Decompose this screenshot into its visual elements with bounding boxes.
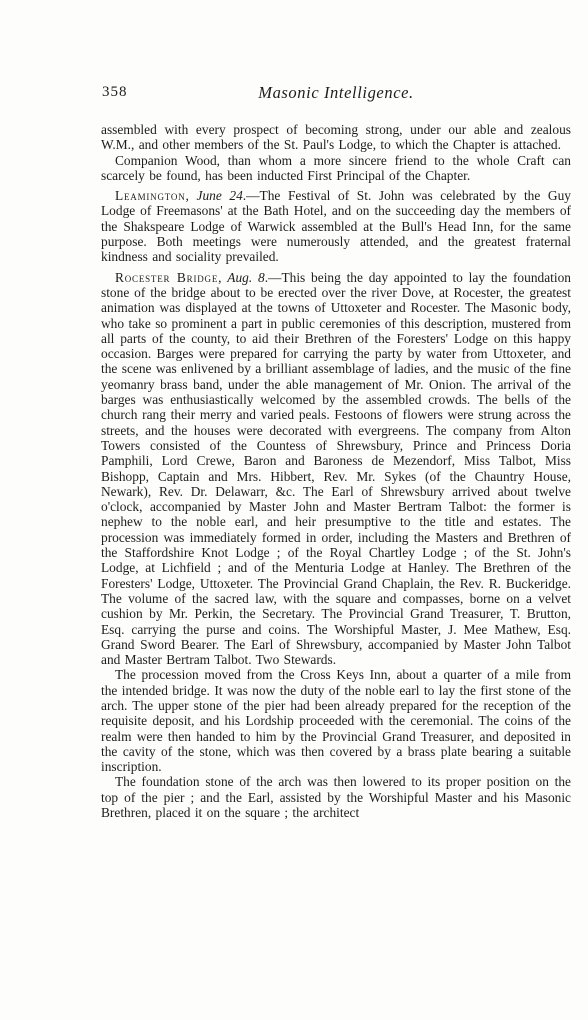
paragraph: The procession moved from the Cross Keys… bbox=[101, 667, 571, 774]
paragraph-leamington: Leamington, June 24.—The Festival of St.… bbox=[101, 188, 571, 264]
running-title: Masonic Intelligence. bbox=[101, 83, 571, 103]
dateline-separator: , bbox=[186, 188, 197, 203]
paragraph-text: Companion Wood, than whom a more sincere… bbox=[101, 153, 571, 183]
page-number: 358 bbox=[102, 84, 128, 101]
dateline-dash: .— bbox=[243, 188, 260, 203]
paragraph: The foundation stone of the arch was the… bbox=[101, 774, 571, 820]
paragraph: Companion Wood, than whom a more sincere… bbox=[101, 153, 571, 184]
paragraph-text: This being the day appointed to lay the … bbox=[101, 270, 571, 667]
body-text: assembled with every prospect of becomin… bbox=[101, 122, 571, 820]
text-column: 358 Masonic Intelligence. assembled with… bbox=[101, 83, 571, 820]
paragraph-continuation: assembled with every prospect of becomin… bbox=[101, 122, 571, 153]
paragraph-text: The foundation stone of the arch was the… bbox=[101, 774, 571, 820]
dateline-dash: .— bbox=[265, 270, 282, 285]
paragraph-rocester-bridge: Rocester Bridge, Aug. 8.—This being the … bbox=[101, 270, 571, 668]
dateline-place: Leamington bbox=[115, 188, 186, 203]
scanned-book-page: 358 Masonic Intelligence. assembled with… bbox=[0, 0, 588, 1020]
dateline-place: Rocester Bridge bbox=[115, 270, 218, 285]
paragraph-text: The procession moved from the Cross Keys… bbox=[101, 667, 571, 774]
dateline-date: June 24 bbox=[197, 188, 243, 203]
dateline-separator: , bbox=[218, 270, 227, 285]
dateline-date: Aug. 8 bbox=[227, 270, 264, 285]
paragraph-text: assembled with every prospect of becomin… bbox=[101, 122, 571, 152]
page-header: 358 Masonic Intelligence. bbox=[101, 83, 571, 101]
